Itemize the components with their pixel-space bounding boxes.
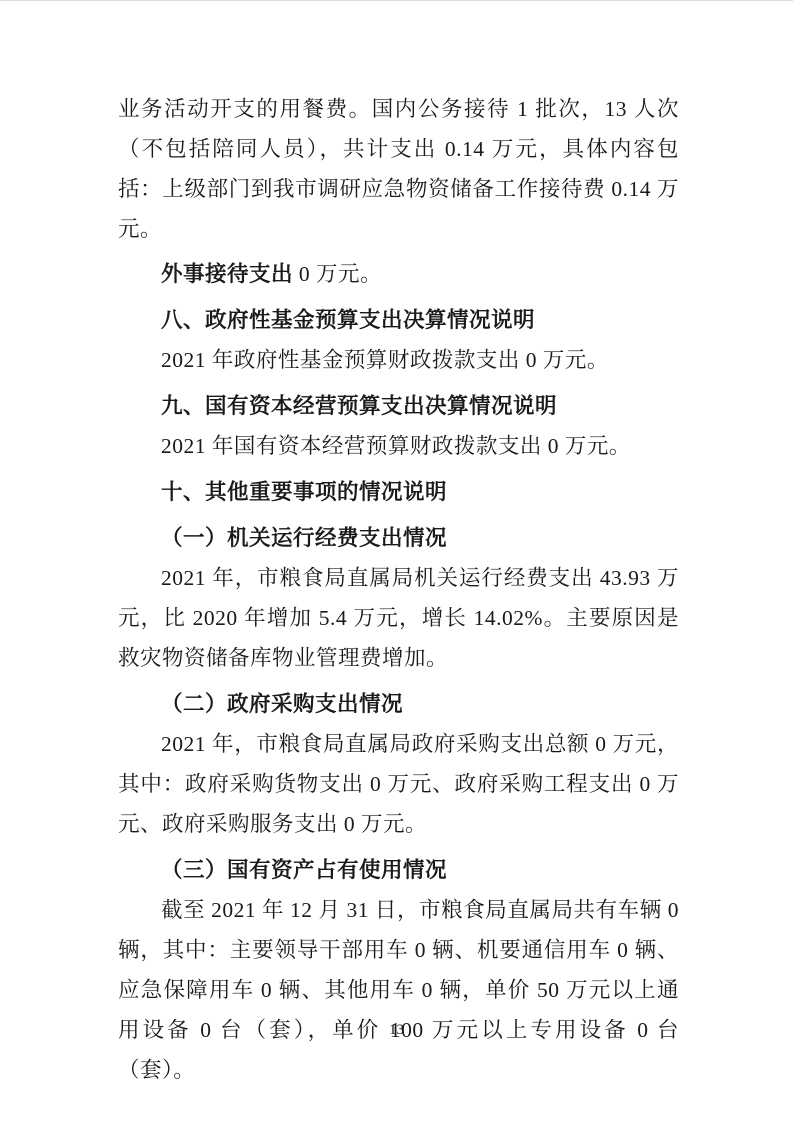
page-number: 13 xyxy=(0,1019,793,1041)
document-page: 业务活动开支的用餐费。国内公务接待 1 批次，13 人次（不包括陪同人员），共计… xyxy=(0,0,793,1123)
para-government-fund-expenditure: 2021 年政府性基金预算财政拨款支出 0 万元。 xyxy=(118,340,679,380)
para-official-reception-continuation: 业务活动开支的用餐费。国内公务接待 1 批次，13 人次（不包括陪同人员），共计… xyxy=(118,89,679,249)
para-operating-expense-detail: 2021 年，市粮食局直属局机关运行经费支出 43.93 万元，比 2020 年… xyxy=(118,558,679,678)
para-foreign-affairs-reception: 外事接待支出 0 万元。 xyxy=(118,254,679,294)
para-government-procurement-detail: 2021 年，市粮食局直属局政府采购支出总额 0 万元，其中：政府采购货物支出 … xyxy=(118,724,679,844)
page-content: 业务活动开支的用餐费。国内公务接待 1 批次，13 人次（不包括陪同人员），共计… xyxy=(118,89,679,1090)
heading-sub-3-state-asset-usage: （三）国有资产占有使用情况 xyxy=(118,850,679,890)
foreign-affairs-lead-label: 外事接待支出 xyxy=(161,262,293,286)
heading-section-8-government-fund: 八、政府性基金预算支出决算情况说明 xyxy=(118,300,679,340)
heading-section-10-other-matters: 十、其他重要事项的情况说明 xyxy=(118,472,679,512)
para-state-capital-expenditure: 2021 年国有资本经营预算财政拨款支出 0 万元。 xyxy=(118,426,679,466)
heading-sub-1-operating-expense: （一）机关运行经费支出情况 xyxy=(118,518,679,558)
para-state-asset-usage-detail: 截至 2021 年 12 月 31 日，市粮食局直属局共有车辆 0 辆，其中：主… xyxy=(118,890,679,1090)
heading-section-9-state-capital: 九、国有资本经营预算支出决算情况说明 xyxy=(118,386,679,426)
heading-sub-2-government-procurement: （二）政府采购支出情况 xyxy=(118,684,679,724)
foreign-affairs-value: 0 万元。 xyxy=(293,262,382,286)
